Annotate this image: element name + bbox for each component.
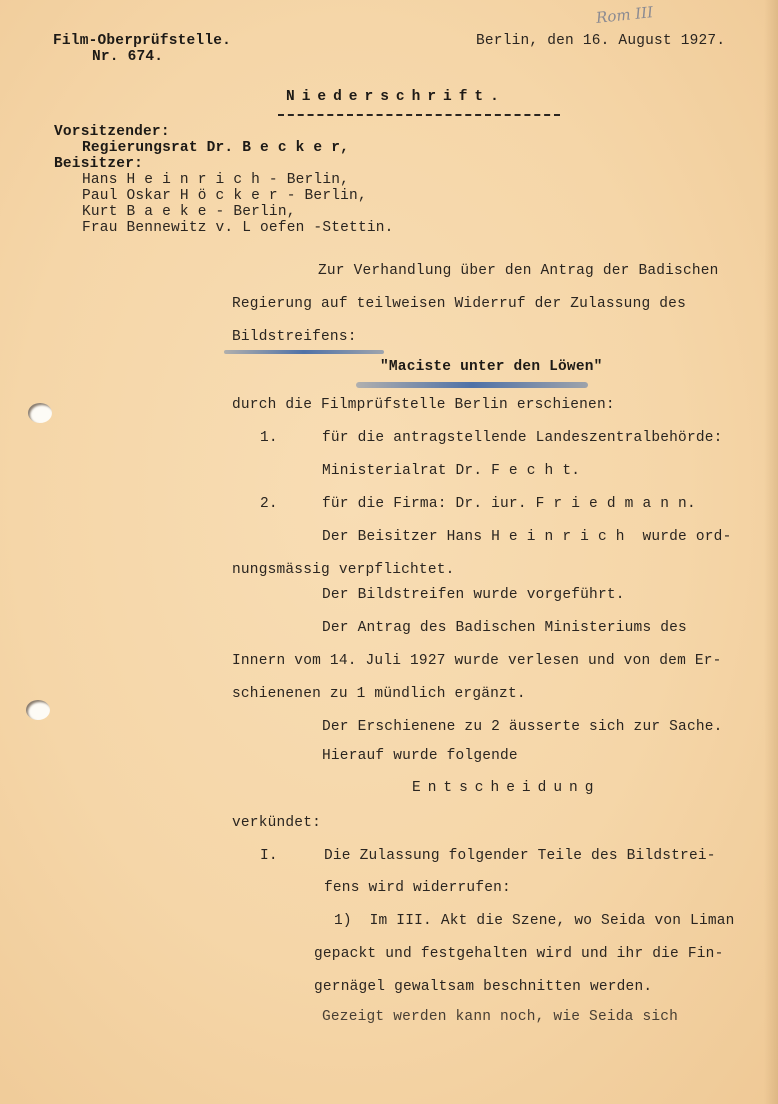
motion-line: Der Antrag des Badischen Ministeriums de… (322, 620, 687, 636)
intro-line: Zur Verhandlung über den Antrag der Badi… (318, 263, 719, 279)
blue-pencil-underline (224, 350, 384, 354)
item-line: gernägel gewaltsam beschnitten werden. (314, 979, 652, 995)
item-line: 1) Im III. Akt die Szene, wo Seida von L… (334, 913, 735, 929)
title-underline (278, 114, 560, 116)
intro-line: durch die Filmprüfstelle Berlin erschien… (232, 397, 615, 413)
file-number: Nr. 674. (92, 49, 163, 65)
paper-edge-shadow (764, 0, 778, 1104)
appearance-line: für die Firma: Dr. iur. F r i e d m a n … (322, 496, 696, 512)
place-date: Berlin, den 16. August 1927. (476, 33, 725, 49)
announced-line: verkündet: (232, 815, 321, 831)
assessors-label: Beisitzer: (54, 156, 143, 172)
chair-label: Vorsitzender: (54, 124, 170, 140)
item-line: gepackt und festgehalten wird und ihr di… (314, 946, 723, 962)
appearance-number: 1. (260, 430, 278, 446)
assessor: Hans H e i n r i c h - Berlin, (82, 172, 349, 188)
decision-number: I. (260, 848, 278, 864)
screened-line: Der Bildstreifen wurde vorgeführt. (322, 587, 625, 603)
punch-hole-bottom (26, 700, 50, 720)
oath-line: Der Beisitzer Hans H e i n r i c h wurde… (322, 529, 731, 545)
pencil-annotation: Rom III (595, 3, 654, 27)
punch-hole-top (28, 403, 52, 423)
intro-line: Bildstreifens: (232, 329, 357, 345)
blue-pencil-underline (356, 382, 588, 388)
film-title: "Maciste unter den Löwen" (380, 359, 603, 375)
decision-line: Die Zulassung folgender Teile des Bildst… (324, 848, 716, 864)
assessor: Kurt B a e k e - Berlin, (82, 204, 296, 220)
assessor: Frau Bennewitz v. L oefen -Stettin. (82, 220, 394, 236)
chair-name: Regierungsrat Dr. B e c k e r, (82, 140, 349, 156)
decision-heading: Entscheidung (412, 780, 600, 796)
appearance-line: für die antragstellende Landeszentralbeh… (322, 430, 723, 446)
appearance-number: 2. (260, 496, 278, 512)
intro-line: Regierung auf teilweisen Widerruf der Zu… (232, 296, 686, 312)
assessor: Paul Oskar H ö c k e r - Berlin, (82, 188, 367, 204)
statement-line: Der Erschienene zu 2 äusserte sich zur S… (322, 719, 723, 735)
item-line: Gezeigt werden kann noch, wie Seida sich (322, 1009, 678, 1025)
thereupon-line: Hierauf wurde folgende (322, 748, 518, 764)
office-name: Film-Oberprüfstelle. (53, 33, 231, 49)
document-title: Niederschrift. (286, 89, 506, 105)
motion-line: schienenen zu 1 mündlich ergänzt. (232, 686, 526, 702)
appearance-line: Ministerialrat Dr. F e c h t. (322, 463, 580, 479)
oath-line: nungsmässig verpflichtet. (232, 562, 455, 578)
motion-line: Innern vom 14. Juli 1927 wurde verlesen … (232, 653, 722, 669)
decision-line: fens wird widerrufen: (324, 880, 511, 896)
